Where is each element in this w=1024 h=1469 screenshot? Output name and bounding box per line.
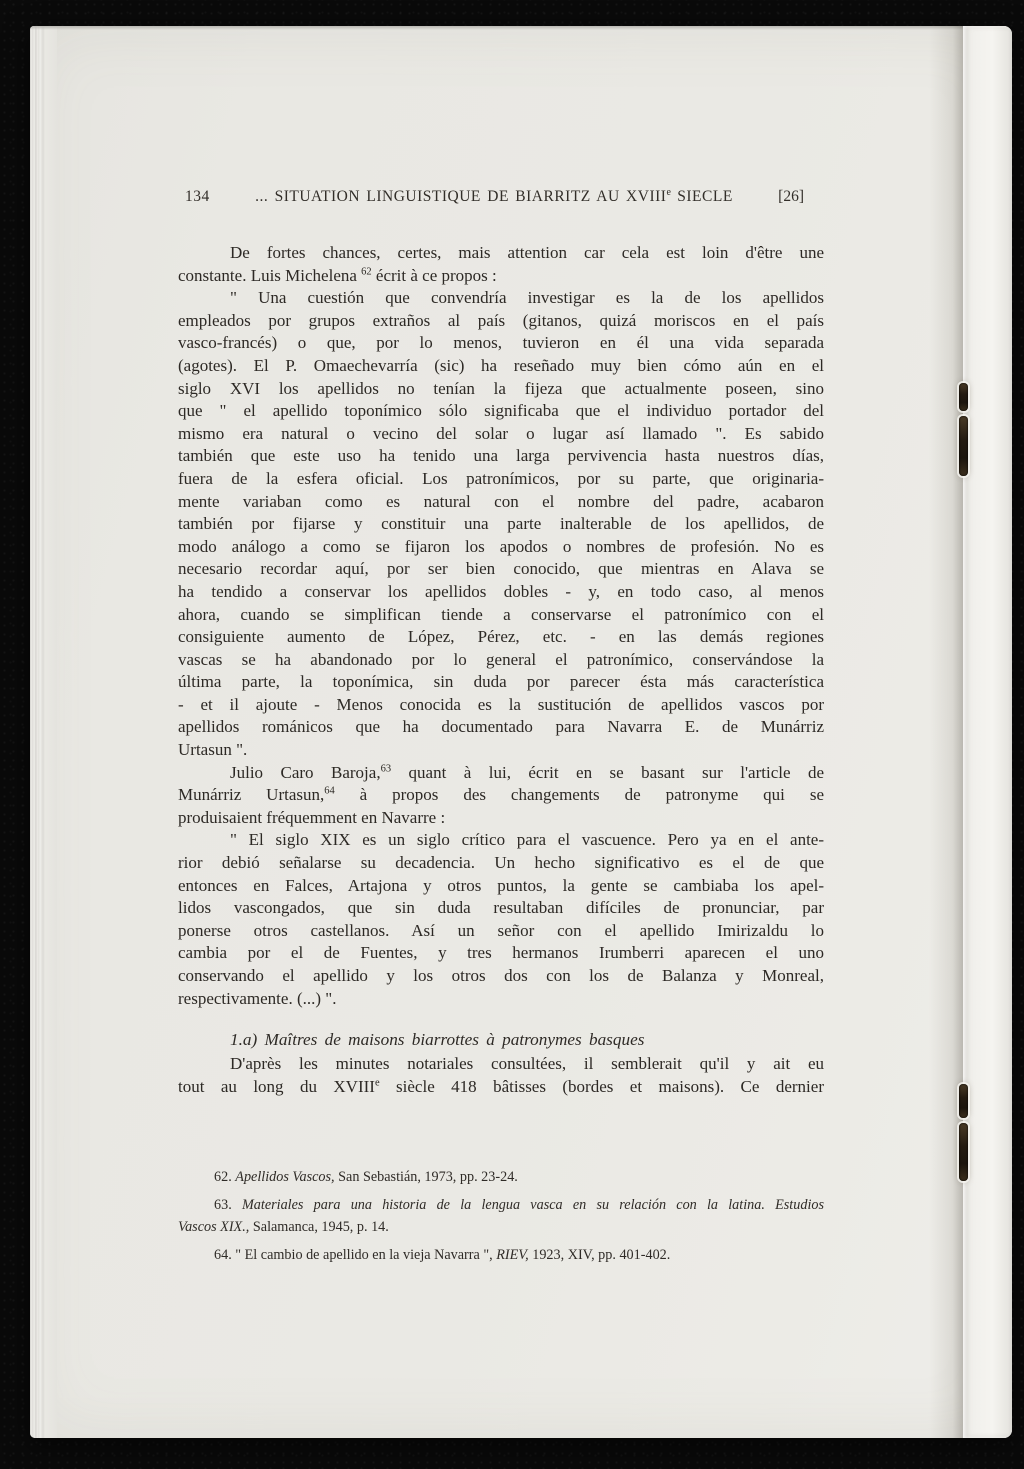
text-line: cambia por el de Fuentes, y tres hermano… <box>178 942 824 965</box>
staple-bottom <box>959 1123 968 1181</box>
text-line: modo análogo a como se fijaron los apodo… <box>178 536 824 559</box>
paragraph: " El siglo XIX es un siglo crítico para … <box>178 829 824 1010</box>
text-line: ponerse otros castellanos. Así un señor … <box>178 920 824 943</box>
text-line: también por fijarse y constituir una par… <box>178 513 824 536</box>
intro-paragraph: D'après les minutes notariales consultée… <box>178 1053 824 1098</box>
text-line: respectivamente. (...) ". <box>178 988 824 1011</box>
text-line: empleados por grupos extraños al país (g… <box>178 310 824 333</box>
text-line: produisaient fréquemment en Navarre : <box>178 807 824 830</box>
text-line: que " el apellido toponímico sólo signif… <box>178 400 824 423</box>
text-line: ha tendido a conservar los apellidos dob… <box>178 581 824 604</box>
paragraph: 63. Materiales para una historia de la l… <box>178 1194 824 1238</box>
facing-page-edge <box>963 26 1012 1438</box>
staple-top <box>959 383 968 411</box>
text-line: ahora, cuando se simplifican tiende a co… <box>178 604 824 627</box>
text-line: D'après les minutes notariales consultée… <box>178 1053 824 1076</box>
paragraph: 64. " El cambio de apellido en la vieja … <box>178 1244 824 1266</box>
text-line: vascas se ha abandonado por lo general e… <box>178 649 824 672</box>
text-line: última parte, la toponímica, sin duda po… <box>178 671 824 694</box>
text-line: Vascos XIX., Salamanca, 1945, p. 14. <box>178 1216 824 1238</box>
text-line: tout au long du XVIIIe siècle 418 bâtiss… <box>178 1076 824 1099</box>
paragraph: Julio Caro Baroja,63 quant à lui, écrit … <box>178 762 824 830</box>
text-line: entonces en Falces, Artajona y otros pun… <box>178 875 824 898</box>
paragraph: D'après les minutes notariales consultée… <box>178 1053 824 1098</box>
text-line: conservando el apellido y los otros dos … <box>178 965 824 988</box>
issue-number: [26] <box>778 188 824 206</box>
text-line: también que este uso ha tenido una larga… <box>178 445 824 468</box>
text-line: Munárriz Urtasun,64 à propos des changem… <box>178 784 824 807</box>
text-line: 62. Apellidos Vascos, San Sebastián, 197… <box>178 1166 824 1188</box>
text-line: necesario recordar aquí, por ser bien co… <box>178 558 824 581</box>
paragraph: " Una cuestión que convendría investigar… <box>178 287 824 761</box>
book-page: 134 ... SITUATION LINGUISTIQUE DE BIARRI… <box>30 26 1012 1438</box>
text-line: mente variaban como es natural con el no… <box>178 491 824 514</box>
text-line: 64. " El cambio de apellido en la vieja … <box>178 1244 824 1266</box>
running-title: ... SITUATION LINGUISTIQUE DE BIARRITZ A… <box>210 188 778 206</box>
text-line: lidos vascongados, que sin duda resultab… <box>178 897 824 920</box>
body-text: De fortes chances, certes, mais attentio… <box>178 242 824 1010</box>
text-line: " Una cuestión que convendría investigar… <box>178 287 824 310</box>
text-line: - et il ajoute - Menos conocida es la su… <box>178 694 824 717</box>
photo-background: 134 ... SITUATION LINGUISTIQUE DE BIARRI… <box>0 0 1024 1469</box>
page-top-edge <box>30 26 972 30</box>
page-number: 134 <box>178 188 210 206</box>
page-edge-stack <box>30 26 57 1438</box>
text-line: " El siglo XIX es un siglo crítico para … <box>178 829 824 852</box>
text-line: 63. Materiales para una historia de la l… <box>178 1194 824 1216</box>
text-line: consiguiente aumento de López, Pérez, et… <box>178 626 824 649</box>
gutter-fold-shadow <box>929 26 963 1438</box>
text-line: fuera de la esfera oficial. Los patroním… <box>178 468 824 491</box>
text-line: De fortes chances, certes, mais attentio… <box>178 242 824 265</box>
text-line: Julio Caro Baroja,63 quant à lui, écrit … <box>178 762 824 785</box>
staple-bottom <box>959 1084 968 1118</box>
text-column: 134 ... SITUATION LINGUISTIQUE DE BIARRI… <box>178 188 824 1098</box>
running-head: 134 ... SITUATION LINGUISTIQUE DE BIARRI… <box>178 188 824 208</box>
text-line: mismo era natural o vecino del solar o l… <box>178 423 824 446</box>
text-line: Urtasun ". <box>178 739 824 762</box>
text-line: constante. Luis Michelena 62 écrit à ce … <box>178 265 824 288</box>
text-line: vasco-francés) o que, por lo menos, tuvi… <box>178 332 824 355</box>
text-line: siglo XVI los apellidos no tenían la fij… <box>178 378 824 401</box>
footnotes: 62. Apellidos Vascos, San Sebastián, 197… <box>178 1166 824 1266</box>
staple-top <box>959 416 968 476</box>
text-line: rior debió señalarse su decadencia. Un h… <box>178 852 824 875</box>
section-heading: 1.a) Maîtres de maisons biarrottes à pat… <box>178 1028 824 1051</box>
text-line: (agotes). El P. Omaechevarría (sic) ha r… <box>178 355 824 378</box>
paragraph: De fortes chances, certes, mais attentio… <box>178 242 824 287</box>
text-line: apellidos románicos que ha documentado p… <box>178 716 824 739</box>
paragraph: 62. Apellidos Vascos, San Sebastián, 197… <box>178 1166 824 1188</box>
